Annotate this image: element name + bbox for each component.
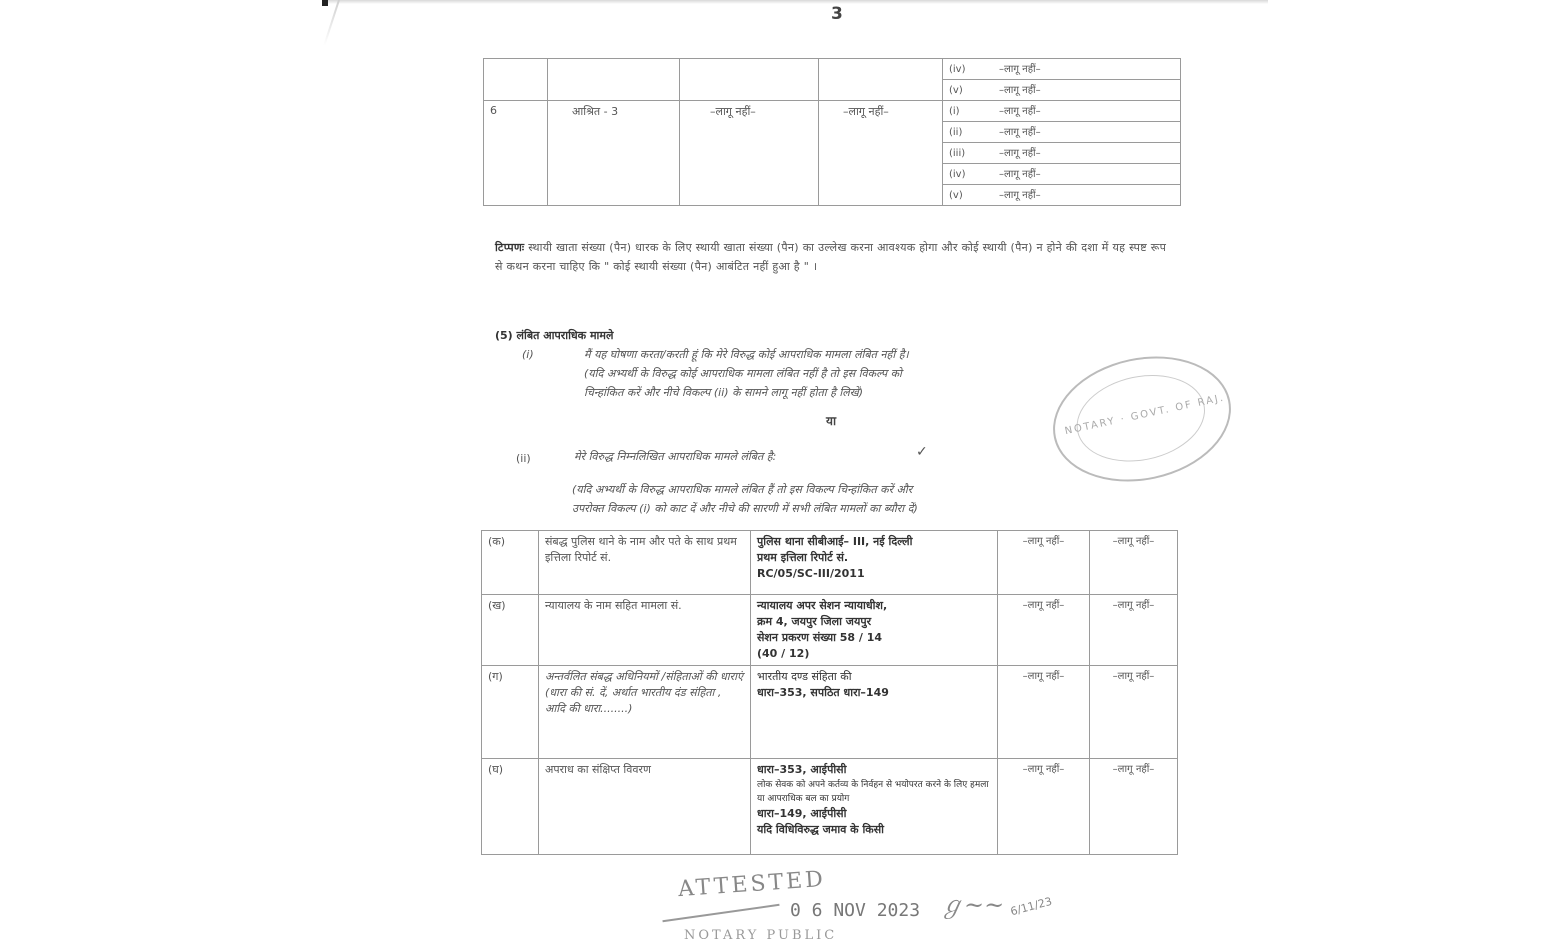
criminal-cases-table: (क) संबद्ध पुलिस थाने के नाम और पते के स… — [481, 530, 1178, 855]
table-row: 6 आश्रित - 3 –लागू नहीं– –लागू नहीं– (i)… — [484, 101, 1181, 122]
page-top-shadow — [328, 0, 1268, 4]
sub-item: (ii)–लागू नहीं– — [943, 122, 1181, 143]
field-value: धारा–353, आईपीसी लोक सेवक को अपने कर्तव्… — [751, 759, 998, 855]
sub-item: (iv)–लागू नहीं– — [943, 59, 1181, 80]
field-value: पुलिस थाना सीबीआई– III, नई दिल्ली प्रथम … — [751, 531, 998, 595]
row-label: (घ) — [482, 759, 539, 855]
section-title: (5) लंबित आपराधिक मामले — [495, 328, 613, 343]
note-label: टिप्पणः — [495, 241, 524, 254]
notary-seal-icon: NOTARY · GOVT. OF RAJ. — [1041, 341, 1242, 498]
empty-cell — [819, 59, 943, 101]
row-label: (ख) — [482, 595, 539, 666]
sub-item: (v)–लागू नहीं– — [943, 185, 1181, 206]
attestation-date: 0 6 NOV 2023 — [790, 900, 920, 921]
signature-stroke — [662, 904, 779, 922]
na-cell: –लागू नहीं– — [819, 101, 943, 206]
na-cell: –लागू नहीं– — [998, 531, 1090, 595]
empty-cell — [680, 59, 819, 101]
sub-item: (v)–लागू नहीं– — [943, 80, 1181, 101]
na-cell: –लागू नहीं– — [680, 101, 819, 206]
check-mark-icon: ✓ — [916, 444, 928, 460]
or-separator: या — [826, 412, 836, 429]
sub-item: (i)–लागू नहीं– — [943, 101, 1181, 122]
na-cell: –लागू नहीं– — [998, 759, 1090, 855]
option-i-line: (यदि अभ्यर्थी के विरुद्ध कोई आपराधिक माम… — [584, 364, 902, 383]
na-cell: –लागू नहीं– — [998, 666, 1090, 759]
serial-cell: 6 — [484, 101, 548, 206]
scan-artifact-line — [323, 0, 340, 46]
signature-date: 6/11/23 — [1009, 895, 1053, 919]
field-label: अन्तर्वलित संबद्ध अधिनियमों /संहिताओं की… — [539, 666, 751, 759]
option-i-label: (i) — [522, 345, 534, 364]
na-cell: –लागू नहीं– — [1090, 666, 1178, 759]
table-row: (घ) अपराध का संक्षिप्त विवरण धारा–353, आ… — [482, 759, 1178, 855]
signature-icon: ℊ~~ — [940, 885, 1004, 920]
empty-cell — [548, 59, 680, 101]
field-value: न्यायालय अपर सेशन न्यायाधीश, क्रम 4, जयप… — [751, 595, 998, 666]
na-cell: –लागू नहीं– — [1090, 595, 1178, 666]
empty-cell — [484, 59, 548, 101]
page-number: 3 — [831, 4, 843, 24]
option-ii-line: मेरे विरुद्ध निम्नलिखित आपराधिक मामले लं… — [574, 447, 776, 466]
field-value: भारतीय दण्ड संहिता की धारा–353, सपठित धा… — [751, 666, 998, 759]
field-label: न्यायालय के नाम सहित मामला सं. — [539, 595, 751, 666]
table-row: (ग) अन्तर्वलित संबद्ध अधिनियमों /संहिताओ… — [482, 666, 1178, 759]
option-ii-line: उपरोक्त विकल्प (i) को काट दें और नीचे की… — [572, 499, 918, 518]
table-row: (iv)–लागू नहीं– — [484, 59, 1181, 80]
pan-note: टिप्पणः स्थायी खाता संख्या (पैन) धारक के… — [495, 238, 1175, 276]
field-label: संबद्ध पुलिस थाने के नाम और पते के साथ प… — [539, 531, 751, 595]
table-row: (ख) न्यायालय के नाम सहित मामला सं. न्याय… — [482, 595, 1178, 666]
dependents-table: (iv)–लागू नहीं– (v)–लागू नहीं– 6 आश्रित … — [483, 58, 1181, 206]
sub-item: (iii)–लागू नहीं– — [943, 143, 1181, 164]
notary-label: NOTARY PUBLIC — [684, 928, 837, 943]
row-label: (ग) — [482, 666, 539, 759]
attested-stamp: ATTESTED — [677, 867, 826, 902]
na-cell: –लागू नहीं– — [1090, 531, 1178, 595]
dependent-name-cell: आश्रित - 3 — [548, 101, 680, 206]
option-ii-label: (ii) — [516, 449, 531, 468]
field-label: अपराध का संक्षिप्त विवरण — [539, 759, 751, 855]
option-i-line: मैं यह घोषणा करता/करती हूं कि मेरे विरुद… — [584, 345, 909, 364]
na-cell: –लागू नहीं– — [1090, 759, 1178, 855]
sub-item: (iv)–लागू नहीं– — [943, 164, 1181, 185]
na-cell: –लागू नहीं– — [998, 595, 1090, 666]
note-text: स्थायी खाता संख्या (पैन) धारक के लिए स्थ… — [495, 241, 1166, 273]
option-i-line: चिन्हांकित करें और नीचे विकल्प (ii) के स… — [584, 383, 863, 402]
table-row: (क) संबद्ध पुलिस थाने के नाम और पते के स… — [482, 531, 1178, 595]
row-label: (क) — [482, 531, 539, 595]
option-ii-line: (यदि अभ्यर्थी के विरुद्ध आपराधिक मामले ल… — [572, 480, 912, 499]
